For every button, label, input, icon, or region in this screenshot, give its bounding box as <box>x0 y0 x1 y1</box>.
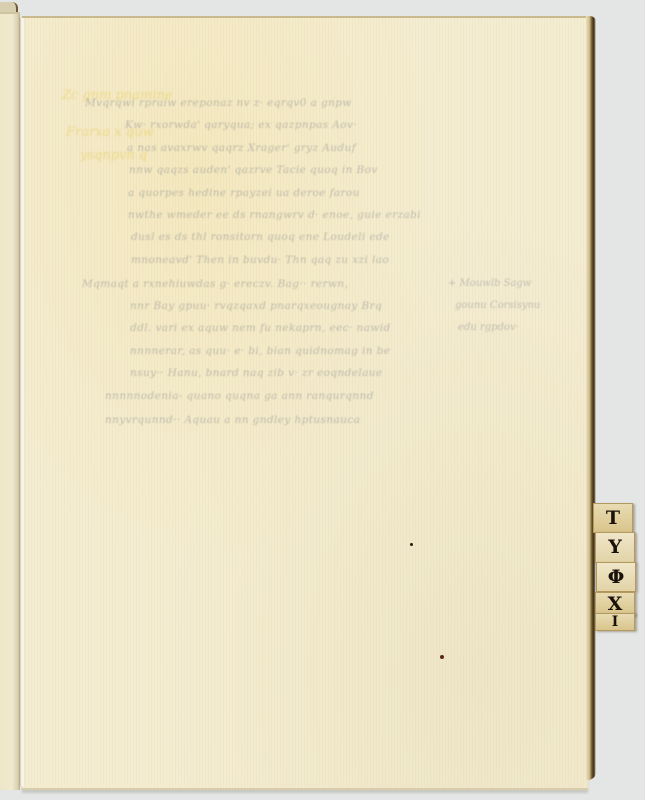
show-through-line: a nas avaxrwv qaqrz Xrager' gryz Auduf <box>127 142 356 154</box>
tab-letter: Φ <box>608 568 625 587</box>
margin-note-line: + Mouwlb Sagw <box>448 278 531 289</box>
tab-letter: Ι <box>612 615 619 629</box>
page-fore-edge <box>586 16 596 780</box>
ink-speck <box>440 655 444 659</box>
thumb-tab-iota[interactable]: Ι <box>595 613 635 631</box>
ink-speck <box>410 543 413 546</box>
thumb-tab-phi[interactable]: Φ <box>596 562 636 592</box>
tab-letter: Χ <box>608 595 623 614</box>
manuscript-scan: Zc gnm pnamine Frarxa x quw ysqnpvn q Mv… <box>0 0 645 800</box>
show-through-line: Mvqrqwi rpraiw ereponaz nv z· eqrqv0 a g… <box>85 97 352 109</box>
thumb-tab-tau[interactable]: Τ <box>593 503 633 533</box>
show-through-line: Kw· rxorwda' qaryqua; ex qazpnpas Aov· <box>125 119 357 131</box>
binding-gutter <box>19 18 25 786</box>
show-through-line: nnw qaqzs auden' qazrve Tacie quoq in Bo… <box>129 164 378 176</box>
show-through-line: nnnnnodenia- quano quqna ga ann ranqurqn… <box>105 390 374 402</box>
show-through-line: dusl es ds thl ronsitorn quoq ene Loudel… <box>131 231 390 243</box>
show-through-line: mnoneavd' Then in buvdu· Thn qaq zu xzi … <box>131 254 389 266</box>
show-through-line: nwthe wmeder ee ds rnangwrv d· enoe, gui… <box>128 209 421 221</box>
show-through-line: nnr Bay gpuu· rvqzqaxd pnarqxeougnay Brq <box>130 300 382 312</box>
left-facing-page <box>0 12 20 790</box>
margin-note-line: gounu Corsisynu <box>455 300 540 311</box>
show-through-line: nnnnerar, as quu· e· bi, bian quidnomag … <box>130 345 390 357</box>
show-through-line: Mqmaqt a rxnehiuwdas g· ereczv. Bag·· re… <box>82 278 348 290</box>
margin-note-line: edu rgpdov· <box>458 322 519 333</box>
tab-letter: Τ <box>606 509 620 528</box>
show-through-line: nnyvrqunnd·· Aquau a nn gndley hptusnauc… <box>105 414 360 426</box>
show-through-line: nsuy·· Hanu, bnard naq zib v· zr eoqndel… <box>130 367 383 379</box>
show-through-line: a quorpes hedine rpayzei ua deroe farou <box>128 187 360 199</box>
show-through-line: ddl. vari ex aquw nem fu nekaprn, eec· n… <box>130 322 391 334</box>
thumb-tab-upsilon[interactable]: Υ <box>595 532 635 563</box>
tab-letter: Υ <box>608 538 622 557</box>
